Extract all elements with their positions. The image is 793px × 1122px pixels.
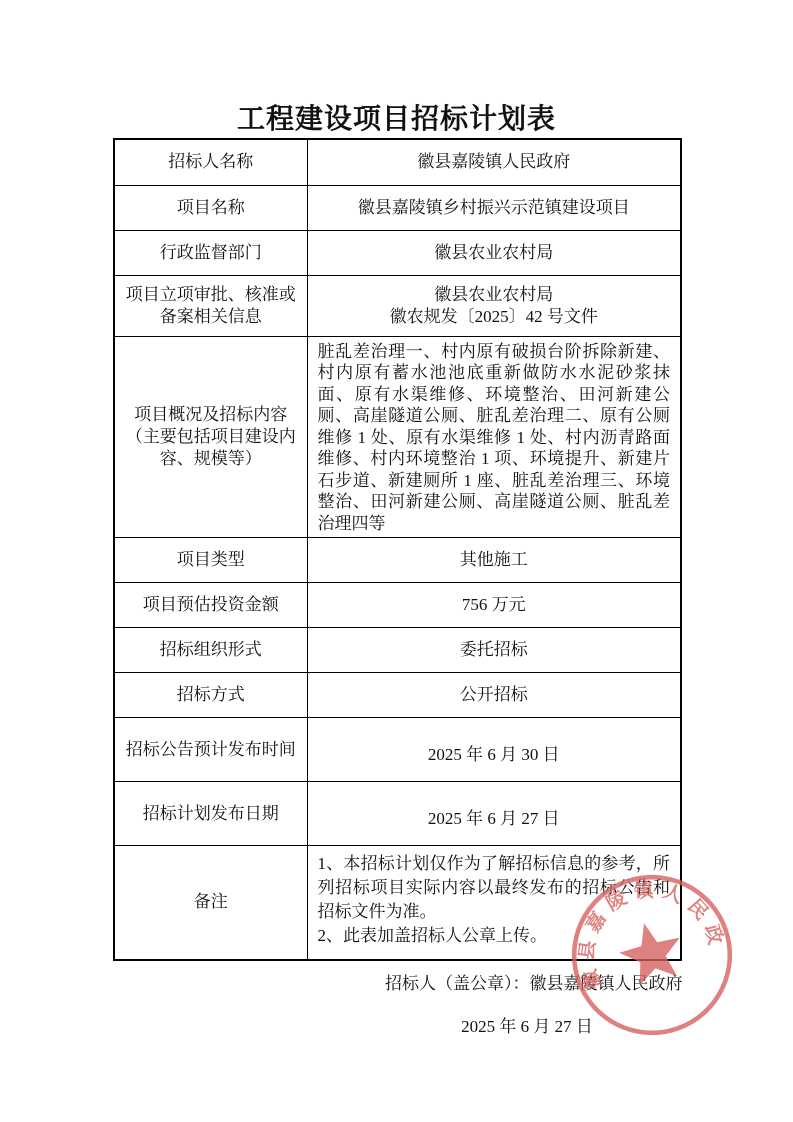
table-row: 项目概况及招标内容（主要包括项目建设内容、规模等） 脏乱差治理一、村内原有破损台… bbox=[114, 336, 681, 538]
row-label: 项目概况及招标内容（主要包括项目建设内容、规模等） bbox=[114, 336, 307, 538]
table-row: 招标方式 公开招标 bbox=[114, 673, 681, 718]
row-label: 招标方式 bbox=[114, 673, 307, 718]
row-value: 2025 年 6 月 27 日 bbox=[307, 782, 681, 846]
table-row: 项目类型 其他施工 bbox=[114, 538, 681, 583]
row-label: 项目名称 bbox=[114, 185, 307, 230]
table-row: 招标组织形式 委托招标 bbox=[114, 628, 681, 673]
row-value: 徽县嘉陵镇乡村振兴示范镇建设项目 bbox=[307, 185, 681, 230]
table-row: 行政监督部门 徽县农业农村局 bbox=[114, 230, 681, 275]
row-value: 1、本招标计划仅作为了解招标信息的参考，所列招标项目实际内容以最终发布的招标公告… bbox=[307, 846, 681, 960]
row-label: 项目预估投资金额 bbox=[114, 583, 307, 628]
row-value: 脏乱差治理一、村内原有破损台阶拆除新建、村内原有蓄水池池底重新做防水水泥砂浆抹面… bbox=[307, 336, 681, 538]
row-value: 其他施工 bbox=[307, 538, 681, 583]
table-row: 招标公告预计发布时间 2025 年 6 月 30 日 bbox=[114, 718, 681, 782]
document-page: { "page": { "title": "工程建设项目招标计划表" }, "t… bbox=[0, 0, 793, 1122]
table-row: 项目立项审批、核准或备案相关信息 徽县农业农村局 徽农规发〔2025〕42 号文… bbox=[114, 275, 681, 336]
table-row: 备注 1、本招标计划仅作为了解招标信息的参考，所列招标项目实际内容以最终发布的招… bbox=[114, 846, 681, 960]
bidder-signature-line: 招标人（盖公章）：徽县嘉陵镇人民政府 bbox=[385, 969, 669, 994]
row-label: 项目立项审批、核准或备案相关信息 bbox=[114, 275, 307, 336]
row-value: 徽县农业农村局 bbox=[307, 230, 681, 275]
table-row: 项目预估投资金额 756 万元 bbox=[114, 583, 681, 628]
page-title: 工程建设项目招标计划表 bbox=[113, 97, 680, 137]
row-value: 徽县嘉陵镇人民政府 bbox=[307, 139, 681, 185]
row-value: 徽县农业农村局 徽农规发〔2025〕42 号文件 bbox=[307, 275, 681, 336]
table-row: 招标人名称 徽县嘉陵镇人民政府 bbox=[114, 139, 681, 185]
row-label: 招标计划发布日期 bbox=[114, 782, 307, 846]
row-label: 招标公告预计发布时间 bbox=[114, 718, 307, 782]
row-label: 项目类型 bbox=[114, 538, 307, 583]
bidding-plan-table: 招标人名称 徽县嘉陵镇人民政府 项目名称 徽县嘉陵镇乡村振兴示范镇建设项目 行政… bbox=[113, 138, 682, 961]
row-label: 备注 bbox=[114, 846, 307, 960]
signature-block: 招标人（盖公章）：徽县嘉陵镇人民政府 2025 年 6 月 27 日 bbox=[385, 969, 669, 1037]
row-value: 委托招标 bbox=[307, 628, 681, 673]
row-value: 2025 年 6 月 30 日 bbox=[307, 718, 681, 782]
table-row: 招标计划发布日期 2025 年 6 月 27 日 bbox=[114, 782, 681, 846]
row-value: 756 万元 bbox=[307, 583, 681, 628]
table-row: 项目名称 徽县嘉陵镇乡村振兴示范镇建设项目 bbox=[114, 185, 681, 230]
row-value: 公开招标 bbox=[307, 673, 681, 718]
row-label: 行政监督部门 bbox=[114, 230, 307, 275]
signature-date: 2025 年 6 月 27 日 bbox=[385, 1012, 669, 1037]
row-label: 招标组织形式 bbox=[114, 628, 307, 673]
row-label: 招标人名称 bbox=[114, 139, 307, 185]
